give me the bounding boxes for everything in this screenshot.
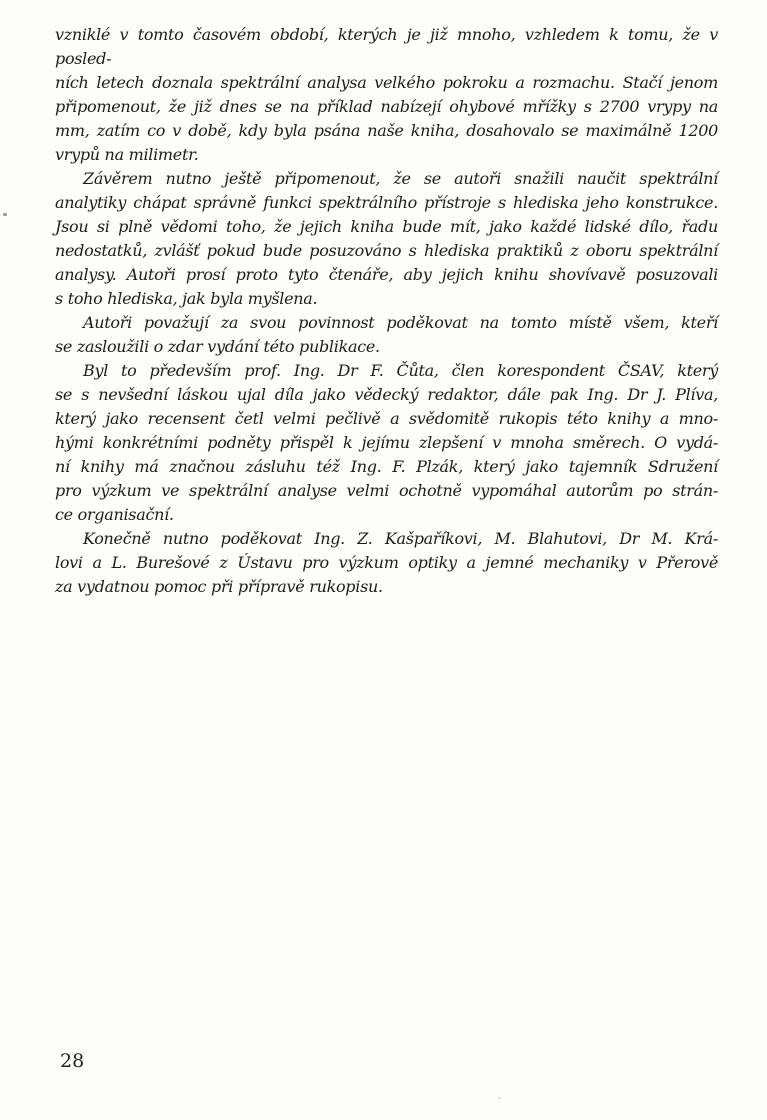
text-line: ce organisační.	[55, 503, 718, 527]
text-line: s toho hlediska, jak byla myšlena.	[55, 287, 718, 311]
text-line: nedostatků, zvlášť pokud bude posuzováno…	[55, 239, 718, 263]
paragraph: Konečně nutno poděkovat Ing. Z. Kašpařík…	[55, 527, 718, 599]
text-line: ních letech doznala spektrální analysa v…	[55, 71, 718, 95]
paragraph: Závěrem nutno ještě připomenout, že se a…	[55, 167, 718, 311]
text-line: hými konkrétními podněty přispěl k jejím…	[55, 431, 718, 455]
text-line: připomenout, že již dnes se na příklad n…	[55, 95, 718, 119]
paragraph: Autoři považují za svou povinnost poděko…	[55, 311, 718, 359]
text-line: vzniklé v tomto časovém období, kterých …	[55, 23, 718, 71]
scan-artifact-dot	[3, 213, 7, 216]
text-line: Závěrem nutno ještě připomenout, že se a…	[55, 167, 718, 191]
page-number: 28	[60, 1049, 84, 1073]
text-line: vrypů na milimetr.	[55, 143, 718, 167]
text-line: který jako recensent četl velmi pečlivě …	[55, 407, 718, 431]
text-line: Autoři považují za svou povinnost poděko…	[55, 311, 718, 335]
scan-artifact-speck	[498, 1097, 501, 1099]
text-line: Jsou si plně vědomi toho, že jejich knih…	[55, 215, 718, 239]
text-line: analysy. Autoři prosí proto tyto čtenáře…	[55, 263, 718, 287]
paragraph: Byl to především prof. Ing. Dr F. Čůta, …	[55, 359, 718, 527]
paragraph: vzniklé v tomto časovém období, kterých …	[55, 23, 718, 167]
text-line: analytiky chápat správně funkci spektrál…	[55, 191, 718, 215]
body-text: vzniklé v tomto časovém období, kterých …	[55, 23, 718, 599]
text-line: pro výzkum ve spektrální analyse velmi o…	[55, 479, 718, 503]
text-line: se s nevšední láskou ujal díla jako věde…	[55, 383, 718, 407]
text-line: Konečně nutno poděkovat Ing. Z. Kašpařík…	[55, 527, 718, 551]
text-line: se zasloužili o zdar vydání této publika…	[55, 335, 718, 359]
text-line: mm, zatím co v době, kdy byla psána naše…	[55, 119, 718, 143]
text-line: ní knihy má značnou zásluhu též Ing. F. …	[55, 455, 718, 479]
scanned-book-page: vzniklé v tomto časovém období, kterých …	[0, 0, 767, 1120]
text-line: za vydatnou pomoc při přípravě rukopisu.	[55, 575, 718, 599]
text-line: Byl to především prof. Ing. Dr F. Čůta, …	[55, 359, 718, 383]
text-line: lovi a L. Burešové z Ústavu pro výzkum o…	[55, 551, 718, 575]
